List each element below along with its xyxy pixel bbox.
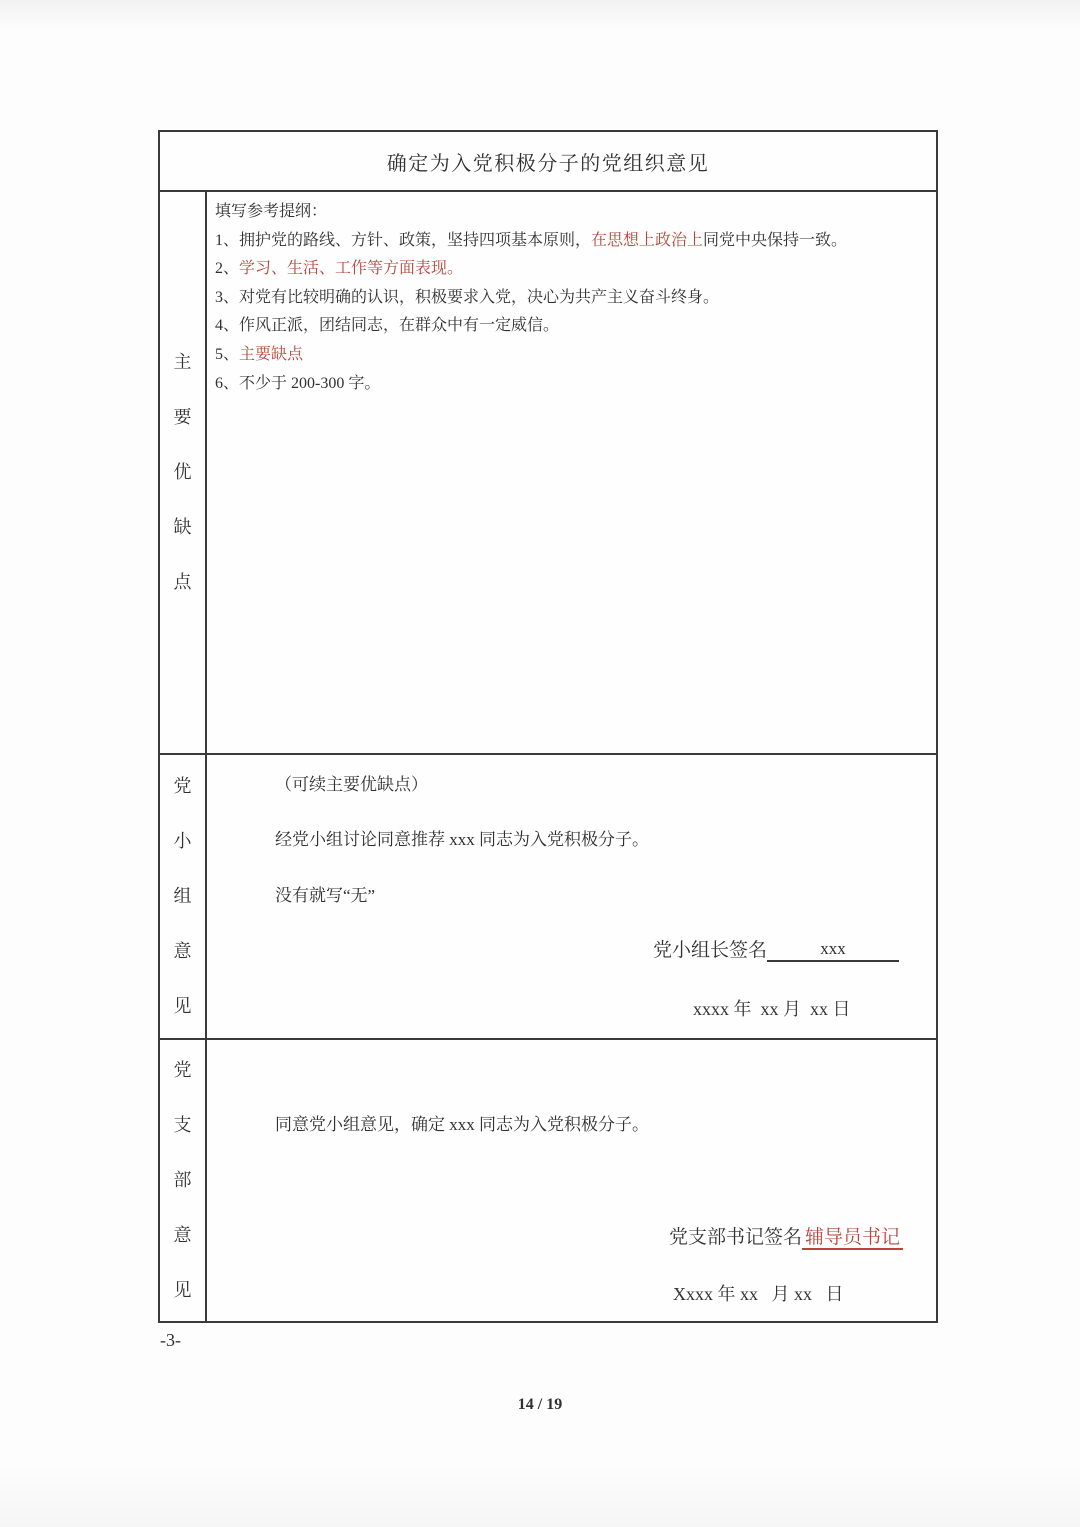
label-char: 点: [174, 555, 192, 610]
label-char: 党: [174, 759, 192, 814]
outline-item-6: 6、不少于 200-300 字。: [215, 370, 922, 399]
red-highlight: 学习、生活、工作等方面表现。: [239, 260, 463, 277]
outline-item-5: 5、主要缺点: [215, 341, 922, 370]
outline-heading: 填写参考提纲：: [215, 198, 922, 227]
label-char: 小: [174, 814, 192, 869]
section-group-content: （可续主要优缺点） 经党小组讨论同意推荐 xxx 同志为入党积极分子。 没有就写…: [207, 755, 936, 1038]
form-title-row: 确定为入党积极分子的党组织意见: [160, 132, 936, 192]
label-char: 支: [174, 1098, 192, 1153]
section-group-label: 党 小 组 意 见: [160, 755, 207, 1038]
outline-item-1: 1、拥护党的路线、方针、政策，坚持四项基本原则，在思想上政治上同党中央保持一致。: [215, 227, 922, 256]
label-char: 见: [174, 979, 192, 1034]
branch-sign-label: 党支部书记签名: [669, 1227, 802, 1248]
form-title: 确定为入党积极分子的党组织意见: [387, 147, 710, 176]
label-char: 党: [174, 1043, 192, 1098]
group-empty-note: 没有就写“无”: [275, 881, 375, 906]
outline-item-4: 4、作风正派，团结同志，在群众中有一定威信。: [215, 312, 922, 341]
branch-opinion: 同意党小组意见，确定 xxx 同志为入党积极分子。: [275, 1110, 649, 1135]
branch-date: Xxxx 年 xx 月 xx 日: [673, 1280, 844, 1306]
form-table: 确定为入党积极分子的党组织意见 主 要 优 缺 点 填写参考提纲： 1、拥护党的…: [158, 130, 938, 1323]
label-char: 组: [174, 869, 192, 924]
label-char: 优: [174, 445, 192, 500]
group-recommendation: 经党小组讨论同意推荐 xxx 同志为入党积极分子。: [275, 825, 649, 850]
signature-blank: xxx: [767, 936, 899, 962]
page-counter: 14 / 19: [0, 1396, 1080, 1414]
label-char: 部: [174, 1153, 192, 1208]
label-char: 见: [174, 1263, 192, 1318]
label-char: 意: [174, 1208, 192, 1263]
outline-item-3: 3、对党有比较明确的认识，积极要求入党，决心为共产主义奋斗终身。: [215, 284, 922, 313]
branch-signature-line: 党支部书记签名辅导员书记: [669, 1222, 903, 1249]
red-highlight: 主要缺点: [239, 346, 303, 363]
section-branch-content: 同意党小组意见，确定 xxx 同志为入党积极分子。 党支部书记签名辅导员书记 X…: [207, 1040, 936, 1321]
section-main-label: 主 要 优 缺 点: [160, 192, 207, 753]
document-page: 确定为入党积极分子的党组织意见 主 要 优 缺 点 填写参考提纲： 1、拥护党的…: [0, 0, 1080, 1527]
outline-item-2: 2、学习、生活、工作等方面表现。: [215, 255, 922, 284]
section-party-group: 党 小 组 意 见 （可续主要优缺点） 经党小组讨论同意推荐 xxx 同志为入党…: [160, 755, 936, 1040]
group-note: （可续主要优缺点）: [275, 770, 428, 795]
section-main-content: 填写参考提纲： 1、拥护党的路线、方针、政策，坚持四项基本原则，在思想上政治上同…: [207, 192, 936, 753]
label-char: 要: [174, 390, 192, 445]
label-char: 主: [174, 335, 192, 390]
label-char: 缺: [174, 500, 192, 555]
group-date: xxxx 年 xx 月 xx 日: [693, 995, 851, 1021]
group-signature-line: 党小组长签名xxx: [653, 935, 899, 962]
section-main-points: 主 要 优 缺 点 填写参考提纲： 1、拥护党的路线、方针、政策，坚持四项基本原…: [160, 192, 936, 755]
label-char: 意: [174, 924, 192, 979]
page-number-mark: -3-: [160, 1330, 181, 1351]
section-party-branch: 党 支 部 意 见 同意党小组意见，确定 xxx 同志为入党积极分子。 党支部书…: [160, 1040, 936, 1321]
group-sign-label: 党小组长签名: [653, 940, 767, 961]
red-highlight: 在思想上政治上: [591, 232, 703, 249]
branch-sign-value: 辅导员书记: [802, 1227, 903, 1250]
section-branch-label: 党 支 部 意 见: [160, 1040, 207, 1321]
